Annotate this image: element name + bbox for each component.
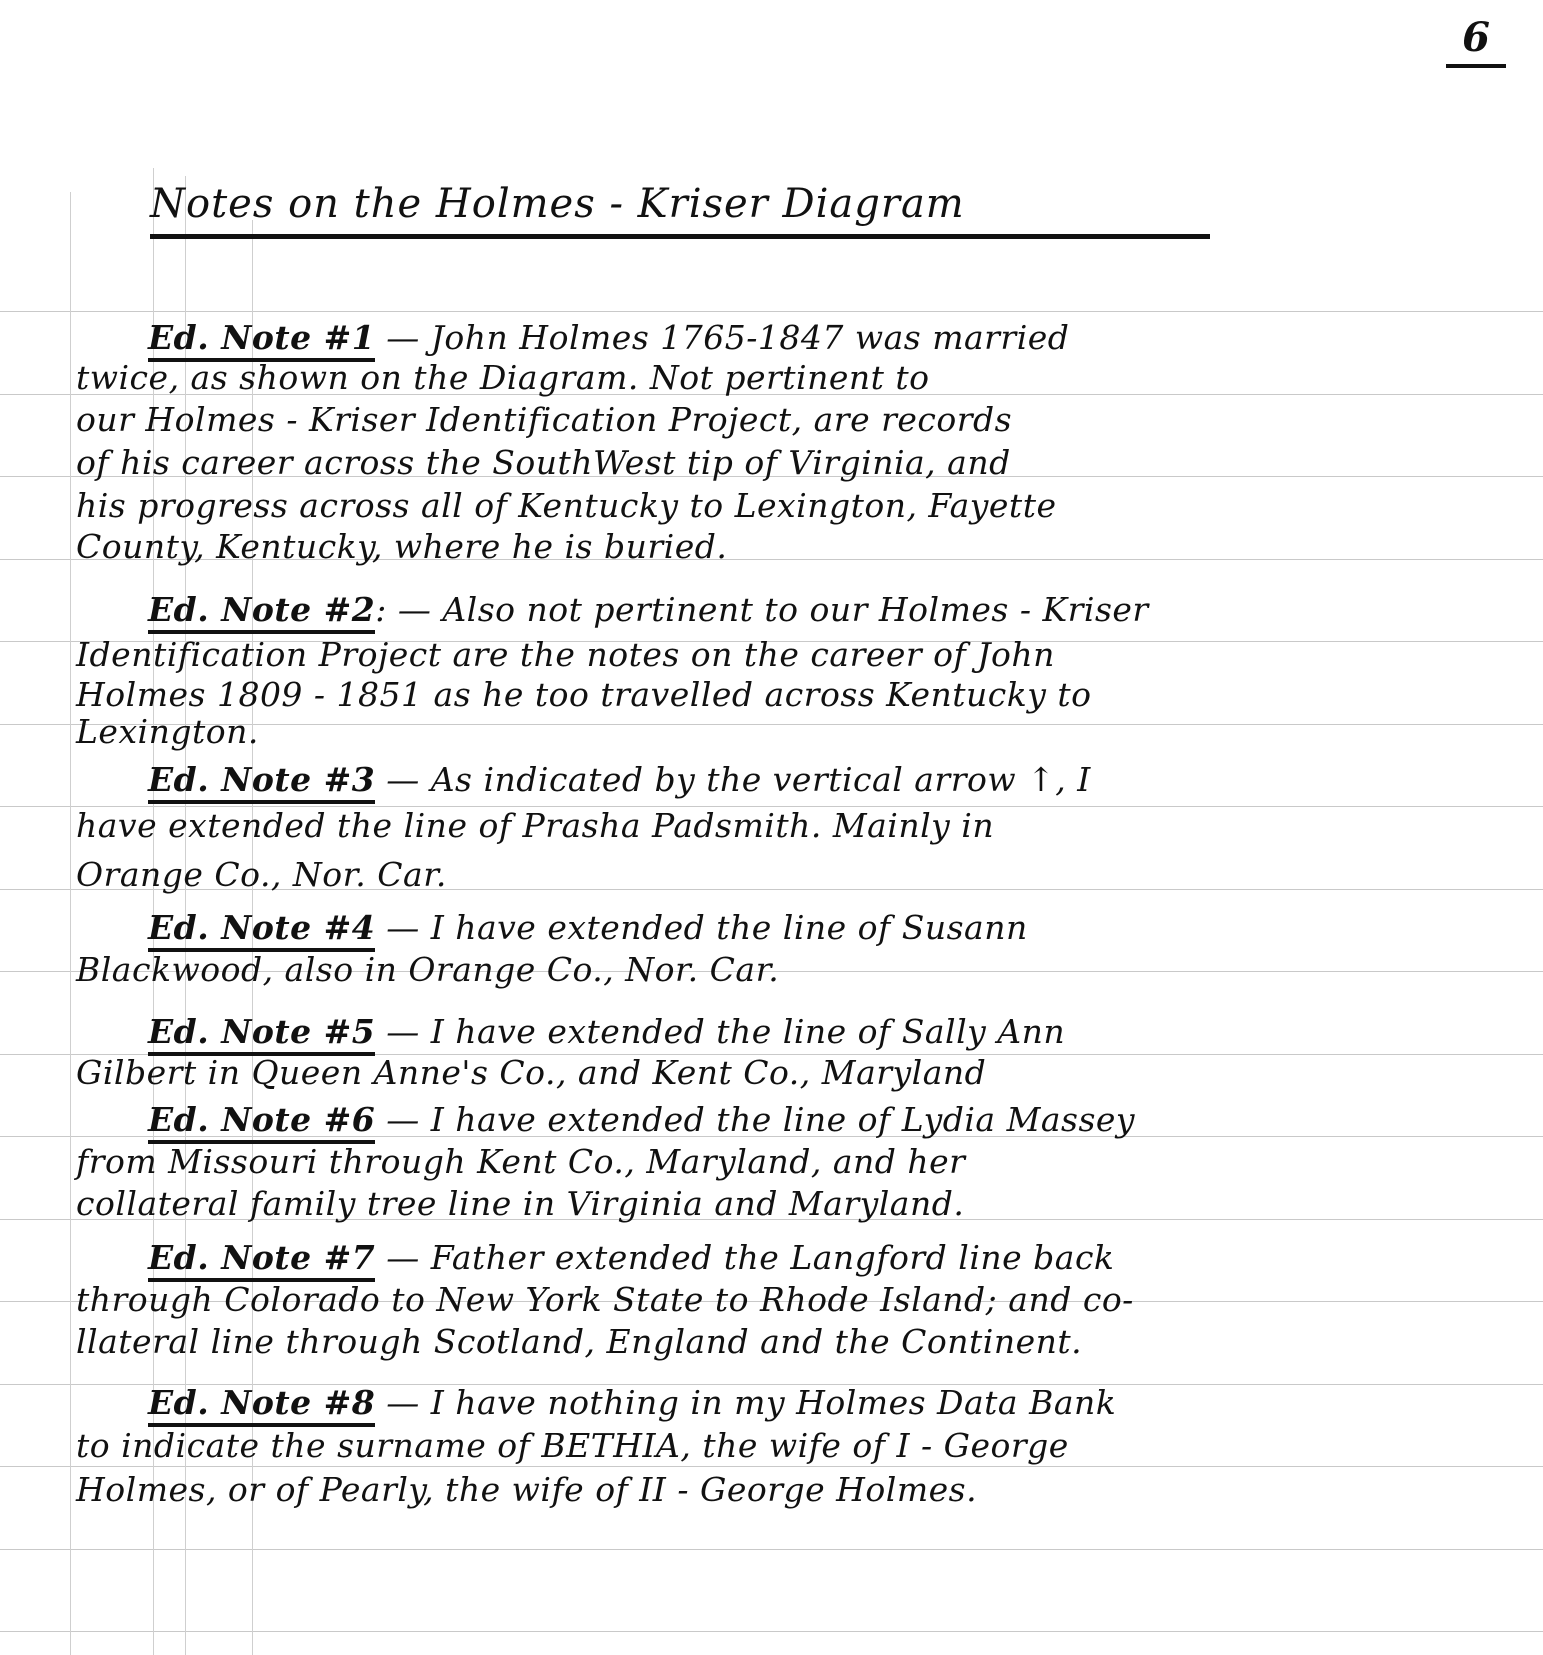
note-text: to indicate the surname of BETHIA, the w… [76, 1426, 1069, 1465]
note-first-line: Ed. Note #3 — As indicated by the vertic… [148, 760, 1091, 800]
note-label: Ed. Note #8 [148, 1383, 375, 1427]
note-line: twice, as shown on the Diagram. Not pert… [76, 358, 930, 398]
ruled-line [0, 1631, 1543, 1632]
note-text: from Missouri through Kent Co., Maryland… [76, 1142, 965, 1181]
note-text: County, Kentucky, where he is buried. [76, 527, 727, 566]
note-line: to indicate the surname of BETHIA, the w… [76, 1426, 1069, 1466]
note-text: — I have extended the line of Sally Ann [375, 1012, 1065, 1051]
margin-line [70, 192, 71, 1655]
note-text: Gilbert in Queen Anne's Co., and Kent Co… [76, 1053, 986, 1092]
note-text: through Colorado to New York State to Rh… [76, 1280, 1134, 1319]
note-line: have extended the line of Prasha Padsmit… [76, 806, 994, 846]
note-line: from Missouri through Kent Co., Maryland… [76, 1142, 965, 1182]
note-line: collateral family tree line in Virginia … [76, 1184, 964, 1224]
note-line: of his career across the SouthWest tip o… [76, 443, 1011, 483]
note-text: Holmes, or of Pearly, the wife of II - G… [76, 1470, 977, 1509]
note-line: his progress across all of Kentucky to L… [76, 486, 1057, 526]
ruled-line [0, 311, 1543, 312]
page-title: Notes on the Holmes - Kriser Diagram [150, 178, 1210, 239]
note-line: Lexington. [76, 712, 259, 752]
note-first-line: Ed. Note #1 — John Holmes 1765-1847 was … [148, 318, 1069, 358]
note-text: Lexington. [76, 712, 259, 751]
note-line: Holmes, or of Pearly, the wife of II - G… [76, 1470, 977, 1510]
note-text: his progress across all of Kentucky to L… [76, 486, 1057, 525]
note-label: Ed. Note #2 [148, 590, 375, 634]
note-line: Orange Co., Nor. Car. [76, 855, 447, 895]
note-line: County, Kentucky, where he is buried. [76, 527, 727, 567]
note-label: Ed. Note #1 [148, 318, 375, 362]
note-line: our Holmes - Kriser Identification Proje… [76, 400, 1012, 440]
page-number: 6 [1446, 14, 1506, 68]
note-line: llateral line through Scotland, England … [76, 1322, 1082, 1362]
note-text: — I have nothing in my Holmes Data Bank [375, 1383, 1116, 1422]
note-line: Gilbert in Queen Anne's Co., and Kent Co… [76, 1053, 986, 1093]
note-text: Blackwood, also in Orange Co., Nor. Car. [76, 950, 779, 989]
note-first-line: Ed. Note #6 — I have extended the line o… [148, 1100, 1135, 1140]
note-line: Blackwood, also in Orange Co., Nor. Car. [76, 950, 779, 990]
note-label: Ed. Note #3 [148, 760, 375, 804]
note-text: Orange Co., Nor. Car. [76, 855, 447, 894]
note-first-line: Ed. Note #5 — I have extended the line o… [148, 1012, 1065, 1052]
note-label: Ed. Note #5 [148, 1012, 375, 1056]
note-text: of his career across the SouthWest tip o… [76, 443, 1011, 482]
note-label: Ed. Note #6 [148, 1100, 375, 1144]
note-line: Identification Project are the notes on … [76, 635, 1055, 675]
note-label: Ed. Note #4 [148, 908, 375, 952]
note-first-line: Ed. Note #4 — I have extended the line o… [148, 908, 1028, 948]
note-text: — John Holmes 1765-1847 was married [375, 318, 1069, 357]
note-first-line: Ed. Note #2: — Also not pertinent to our… [148, 590, 1149, 630]
note-text: twice, as shown on the Diagram. Not pert… [76, 358, 930, 397]
note-text: Holmes 1809 - 1851 as he too travelled a… [76, 675, 1092, 714]
note-text: our Holmes - Kriser Identification Proje… [76, 400, 1012, 439]
note-text: llateral line through Scotland, England … [76, 1322, 1082, 1361]
ruled-line [0, 1549, 1543, 1550]
note-text: have extended the line of Prasha Padsmit… [76, 806, 994, 845]
note-line: through Colorado to New York State to Rh… [76, 1280, 1134, 1320]
note-label: Ed. Note #7 [148, 1238, 375, 1282]
note-text: — I have extended the line of Susann [375, 908, 1028, 947]
note-text: : — Also not pertinent to our Holmes - K… [375, 590, 1149, 629]
note-text: — As indicated by the vertical arrow ↑, … [375, 760, 1091, 799]
note-first-line: Ed. Note #8 — I have nothing in my Holme… [148, 1383, 1116, 1423]
note-text: Identification Project are the notes on … [76, 635, 1055, 674]
note-text: — I have extended the line of Lydia Mass… [375, 1100, 1135, 1139]
note-line: Holmes 1809 - 1851 as he too travelled a… [76, 675, 1092, 715]
ruled-line [0, 1466, 1543, 1467]
note-text: — Father extended the Langford line back [375, 1238, 1114, 1277]
note-text: collateral family tree line in Virginia … [76, 1184, 964, 1223]
note-first-line: Ed. Note #7 — Father extended the Langfo… [148, 1238, 1114, 1278]
